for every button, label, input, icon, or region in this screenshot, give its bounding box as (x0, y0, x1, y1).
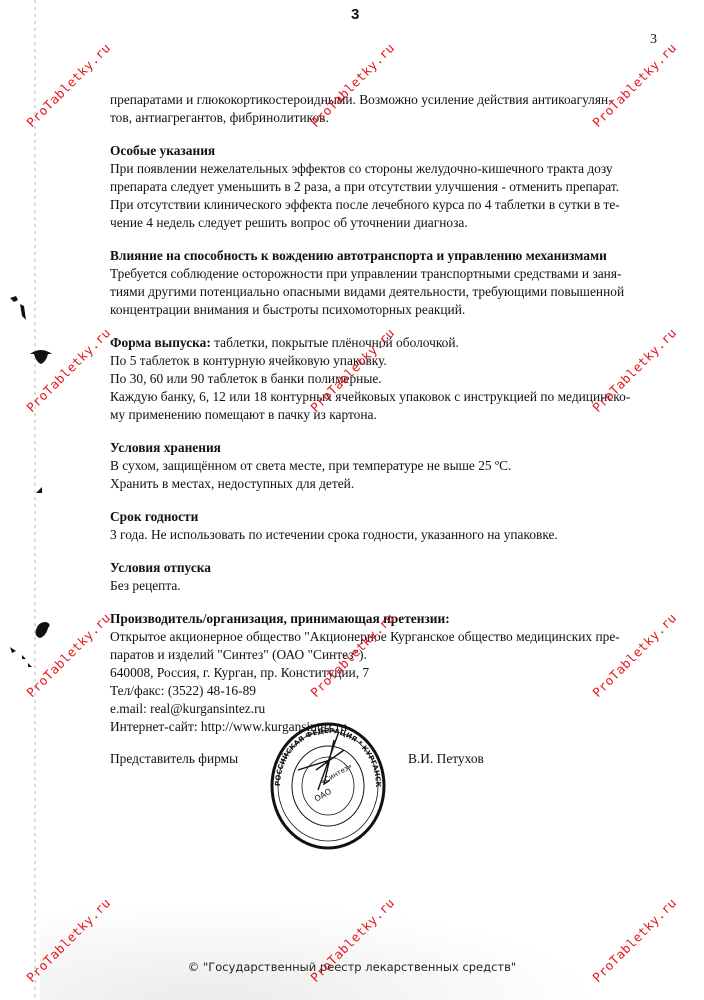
section-shelf-life: Срок годности 3 года. Не использовать по… (110, 508, 657, 544)
stamp-center-text: ОАО (313, 787, 333, 804)
text-inline: таблетки, покрытые плёночной оболочкой. (211, 335, 459, 350)
text-line: чение 4 недель следует решить вопрос об … (110, 214, 657, 232)
handwritten-signature-icon (298, 734, 344, 790)
text-line: препарата следует уменьшить в 2 раза, а … (110, 178, 657, 196)
address-line: 640008, Россия, г. Курган, пр. Конституц… (110, 664, 657, 682)
scan-mark-icon (8, 645, 34, 669)
text-line: концентрации внимания и быстроты психомо… (110, 301, 657, 319)
text-line: Требуется соблюдение осторожности при уп… (110, 265, 657, 283)
section-driving: Влияние на способность к вождению автотр… (110, 247, 657, 319)
text-line: Хранить в местах, недоступных для детей. (110, 475, 657, 493)
text-line: По 5 таблеток в контурную ячейковую упак… (110, 352, 657, 370)
hole-punch-mark-icon (28, 346, 54, 366)
text-line: При появлении нежелательных эффектов со … (110, 160, 657, 178)
signature-row: Представитель фирмы В.И. Петухов (110, 751, 238, 767)
section-heading: Условия отпуска (110, 559, 657, 577)
email-line: e.mail: real@kurgansintez.ru (110, 700, 657, 718)
watermark: ProTabletky.ru (23, 325, 113, 415)
text-line: В сухом, защищённом от света месте, при … (110, 457, 657, 475)
text-line: При отсутствии клинического эффекта посл… (110, 196, 657, 214)
scan-mark-icon (8, 294, 28, 324)
text-line: паратов и изделий "Синтез" (ОАО "Синтез"… (110, 646, 657, 664)
section-dispensing: Условия отпуска Без рецепта. (110, 559, 657, 595)
section-heading: Влияние на способность к вождению автотр… (110, 247, 657, 265)
page-number-top: 3 (351, 6, 359, 23)
text-line: По 30, 60 или 90 таблеток в банки полиме… (110, 370, 657, 388)
company-stamp-icon: РОССИЙСКАЯ ФЕДЕРАЦИЯ * КУРГАНСКАЯ ОБЛАСТ… (268, 720, 388, 852)
signatory-name: В.И. Петухов (408, 751, 484, 767)
text-line: препаратами и глюкокортикостероидными. В… (110, 91, 657, 109)
scan-edge-artifact (34, 0, 36, 1000)
section-heading: Условия хранения (110, 439, 657, 457)
scan-noise-artifact (40, 900, 600, 1000)
hole-punch-mark-icon (32, 620, 54, 640)
section-interactions-tail: препаратами и глюкокортикостероидными. В… (110, 91, 657, 127)
section-heading: Особые указания (110, 142, 657, 160)
watermark: ProTabletky.ru (23, 40, 113, 130)
phone-line: Тел/факс: (3522) 48-16-89 (110, 682, 657, 700)
text-line: Каждую банку, 6, 12 или 18 контурных яче… (110, 388, 657, 406)
document-body: препаратами и глюкокортикостероидными. В… (110, 91, 657, 751)
scan-mark-icon (34, 485, 44, 495)
section-storage: Условия хранения В сухом, защищённом от … (110, 439, 657, 493)
section-heading: Форма выпуска: (110, 335, 211, 350)
section-heading: Срок годности (110, 508, 657, 526)
text-line: му применению помещают в пачку из картон… (110, 406, 657, 424)
signature-label: Представитель фирмы (110, 751, 238, 766)
text-line: тиями другими потенциально опасными вида… (110, 283, 657, 301)
text-line: 3 года. Не использовать по истечении сро… (110, 526, 657, 544)
page-number-right: 3 (650, 32, 657, 48)
text-line: Без рецепта. (110, 577, 657, 595)
text-line: тов, антиагрегантов, фибринолитиков. (110, 109, 657, 127)
section-special-instructions: Особые указания При появлении нежелатель… (110, 142, 657, 232)
